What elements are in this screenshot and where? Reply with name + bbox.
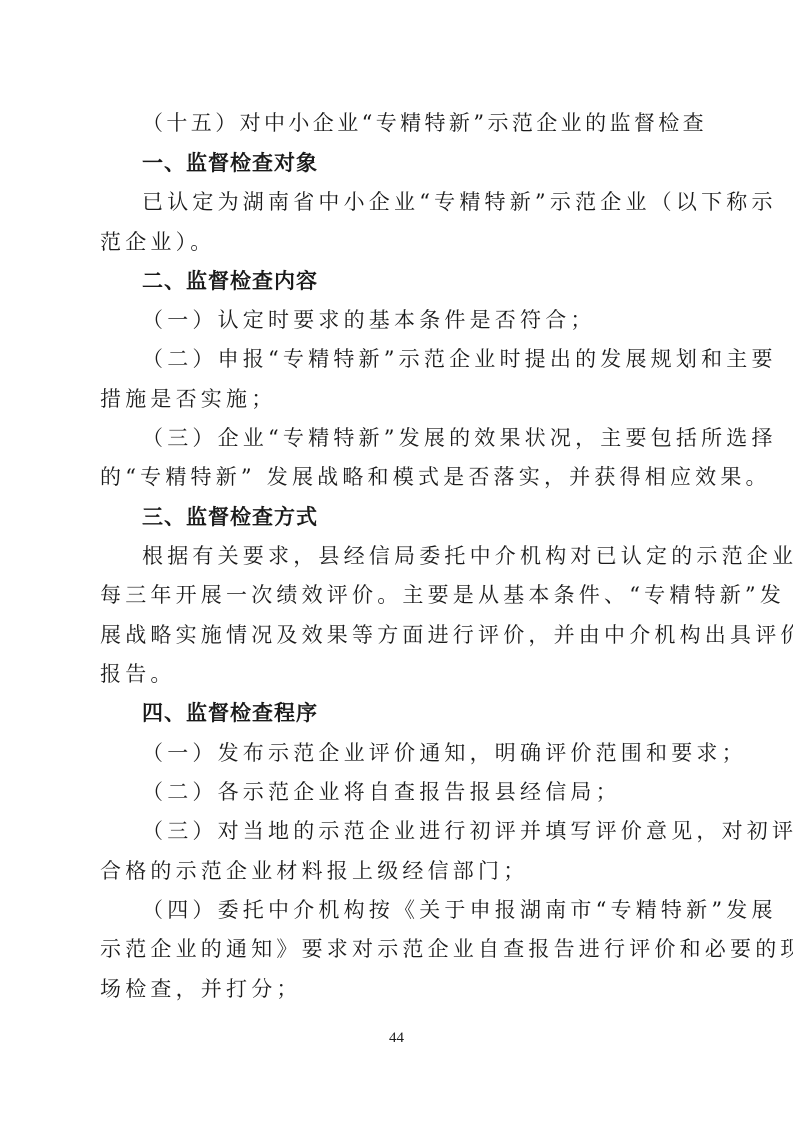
- paragraph-line: （四）委托中介机构按《关于申报湖南市“专精特新”发展: [142, 895, 700, 925]
- paragraph-line: （三）对当地的示范企业进行初评并填写评价意见，对初评: [142, 816, 700, 846]
- document-page: （十五）对中小企业“专精特新”示范企业的监督检查 一、监督检查对象 已认定为湖南…: [0, 0, 793, 1122]
- paragraph-line: （一）发布示范企业评价通知，明确评价范围和要求；: [142, 738, 700, 768]
- paragraph-line: （二）申报“专精特新”示范企业时提出的发展规划和主要: [142, 344, 700, 374]
- section-heading-2: 二、监督检查内容: [142, 266, 742, 296]
- paragraph-line: 已认定为湖南省中小企业“专精特新”示范企业（以下称示: [142, 187, 700, 217]
- paragraph-line: 的“专精特新” 发展战略和模式是否落实，并获得相应效果。: [100, 462, 700, 492]
- paragraph-line: 措施是否实施；: [100, 384, 700, 414]
- paragraph-line: 示范企业的通知》要求对示范企业自查报告进行评价和必要的现: [100, 934, 700, 964]
- section-heading-3: 三、监督检查方式: [142, 502, 742, 532]
- paragraph-line: 展战略实施情况及效果等方面进行评价，并由中介机构出具评价: [100, 620, 700, 650]
- paragraph-line: 每三年开展一次绩效评价。主要是从基本条件、“专精特新”发: [100, 580, 700, 610]
- paragraph-line: 根据有关要求，县经信局委托中介机构对已认定的示范企业: [142, 541, 700, 571]
- document-title: （十五）对中小企业“专精特新”示范企业的监督检查: [142, 108, 742, 138]
- paragraph-line: （二）各示范企业将自查报告报县经信局；: [142, 777, 700, 807]
- paragraph-line: （三）企业“专精特新”发展的效果状况，主要包括所选择: [142, 423, 700, 453]
- section-heading-4: 四、监督检查程序: [142, 698, 742, 728]
- paragraph-line: 场检查，并打分；: [100, 974, 700, 1004]
- paragraph-line: 合格的示范企业材料报上级经信部门；: [100, 856, 700, 886]
- page-number: 44: [0, 1030, 793, 1047]
- paragraph-line: 范企业）。: [100, 227, 700, 257]
- section-heading-1: 一、监督检查对象: [142, 148, 742, 178]
- paragraph-line: （一）认定时要求的基本条件是否符合；: [142, 305, 700, 335]
- paragraph-line: 报告。: [100, 659, 700, 689]
